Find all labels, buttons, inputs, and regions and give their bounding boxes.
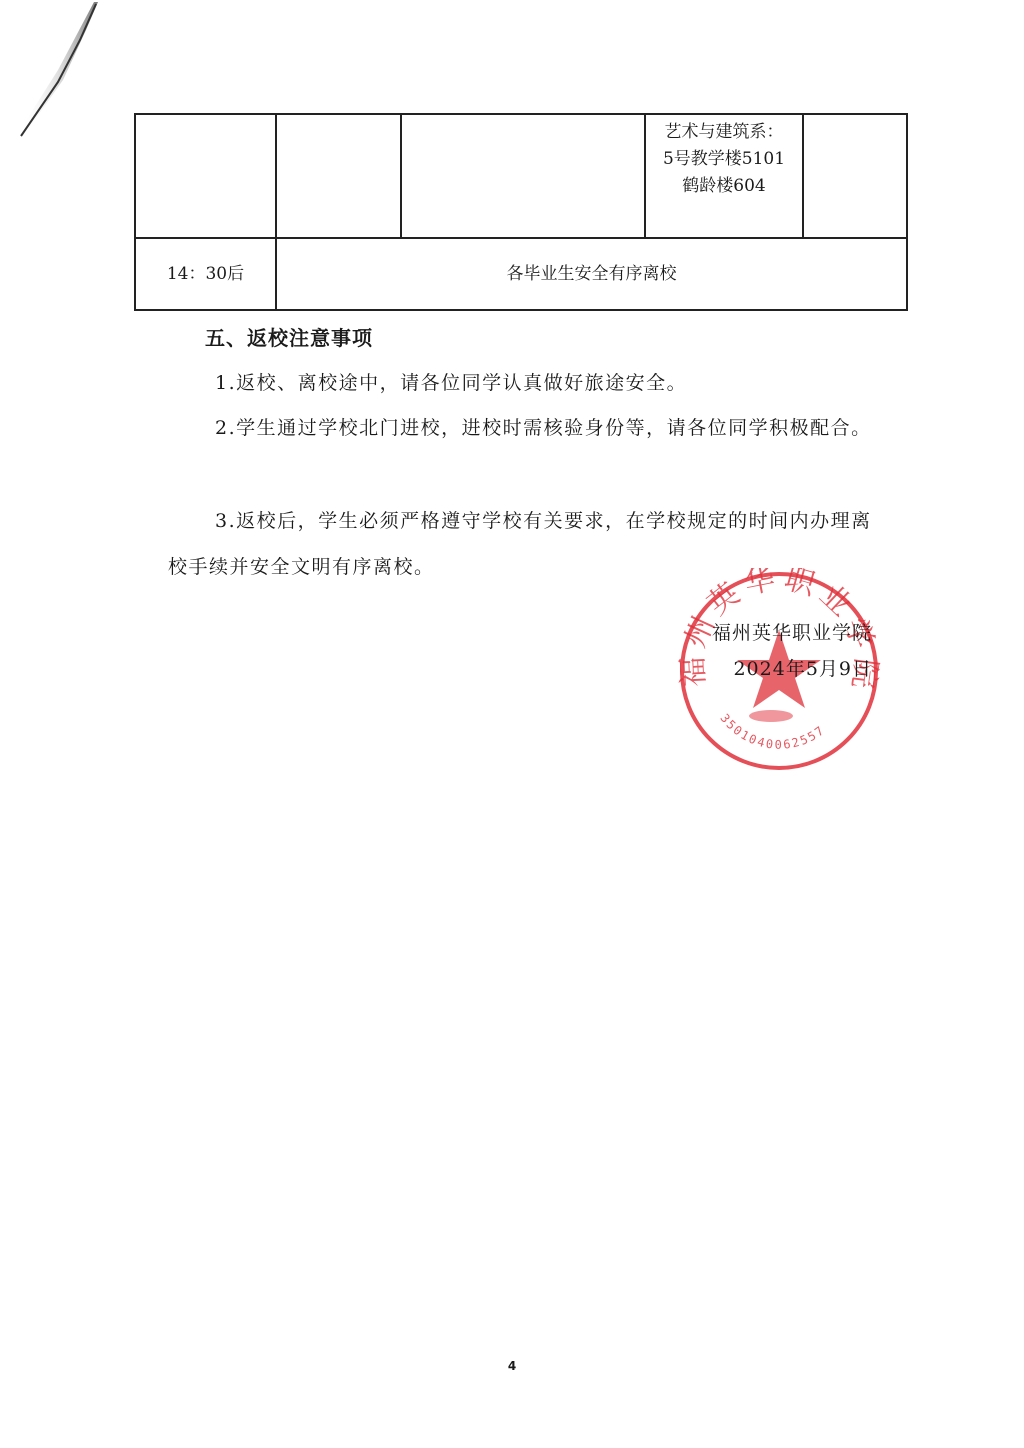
signature-date: 2024年5月9日 — [733, 654, 872, 681]
page-number: 4 — [0, 1359, 1024, 1373]
signature-organization: 福州英华职业学院 — [712, 618, 872, 645]
location-line: 鹤龄楼604 — [646, 173, 802, 200]
notice-item: 2.学生通过学校北门进校，进校时需核验身份等，请各位同学积极配合。 — [168, 405, 888, 451]
table-cell — [276, 114, 401, 238]
table-cell — [803, 114, 907, 238]
location-line: 艺术与建筑系： — [646, 119, 802, 146]
scan-edge-mark — [18, 0, 98, 140]
location-line: 5号教学楼5101 — [646, 146, 802, 173]
notice-item: 1.返校、离校途中，请各位同学认真做好旅途安全。 — [168, 360, 888, 406]
table-cell — [401, 114, 645, 238]
schedule-table: 艺术与建筑系： 5号教学楼5101 鹤龄楼604 14：30后 各毕业生安全有序… — [134, 113, 908, 311]
table-row: 艺术与建筑系： 5号教学楼5101 鹤龄楼604 — [135, 114, 907, 238]
table-cell — [135, 114, 276, 238]
table-row: 14：30后 各毕业生安全有序离校 — [135, 238, 907, 310]
activity-cell: 各毕业生安全有序离校 — [276, 238, 907, 310]
section-heading: 五、返校注意事项 — [205, 322, 373, 351]
location-cell: 艺术与建筑系： 5号教学楼5101 鹤龄楼604 — [645, 114, 803, 238]
time-cell: 14：30后 — [135, 238, 276, 310]
